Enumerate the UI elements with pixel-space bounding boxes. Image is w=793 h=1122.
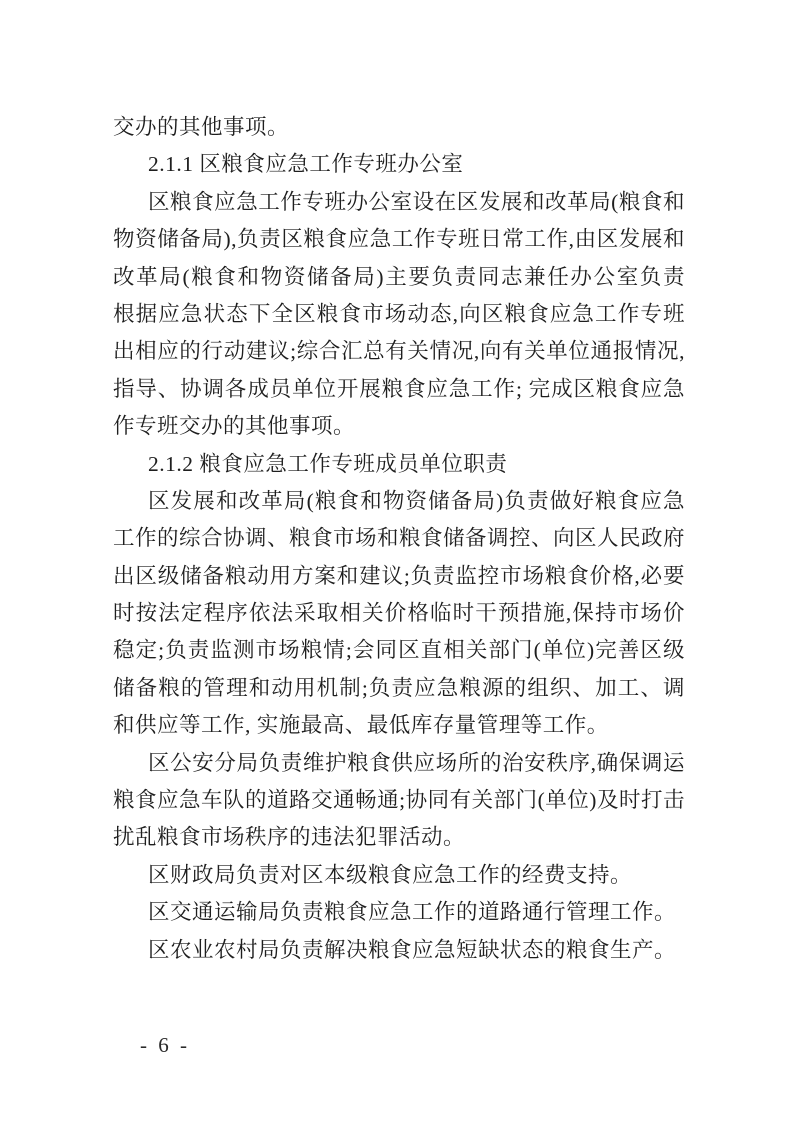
text-line: 和供应等工作, 实施最高、最低库存量管理等工作。 [113, 707, 685, 744]
text-line: 区财政局负责对区本级粮食应急工作的经费支持。 [113, 857, 685, 894]
text-line: 区农业农村局负责解决粮食应急短缺状态的粮食生产。 [113, 932, 685, 969]
text-line: 区发展和改革局(粮食和物资储备局)负责做好粮食应急 [113, 483, 685, 520]
document-body: 交办的其他事项。 2.1.1 区粮食应急工作专班办公室 区粮食应急工作专班办公室… [113, 109, 685, 969]
section-heading-2-1-1: 2.1.1 区粮食应急工作专班办公室 [113, 146, 685, 183]
page-number: - 6 - [140, 1032, 190, 1058]
text-line: 改革局(粮食和物资储备局)主要负责同志兼任办公室负责人。 [113, 259, 685, 296]
text-line: 区交通运输局负责粮食应急工作的道路通行管理工作。 [113, 894, 685, 931]
text-line: 粮食应急车队的道路交通畅通;协同有关部门(单位)及时打击 [113, 782, 685, 819]
text-line: 区公安分局负责维护粮食供应场所的治安秩序,确保调运 [113, 745, 685, 782]
text-line: 交办的其他事项。 [113, 109, 685, 146]
text-line: 根据应急状态下全区粮食市场动态,向区粮食应急工作专班提 [113, 296, 685, 333]
text-line: 储备粮的管理和动用机制;负责应急粮源的组织、加工、调运 [113, 670, 685, 707]
text-line: 物资储备局),负责区粮食应急工作专班日常工作,由区发展和 [113, 221, 685, 258]
text-line: 作专班交办的其他事项。 [113, 408, 685, 445]
section-heading-2-1-2: 2.1.2 粮食应急工作专班成员单位职责 [113, 446, 685, 483]
text-line: 指导、协调各成员单位开展粮食应急工作; 完成区粮食应急工 [113, 371, 685, 408]
text-line: 工作的综合协调、粮食市场和粮食储备调控、向区人民政府提 [113, 520, 685, 557]
text-line: 出相应的行动建议;综合汇总有关情况,向有关单位通报情况, [113, 333, 685, 370]
document-page: 交办的其他事项。 2.1.1 区粮食应急工作专班办公室 区粮食应急工作专班办公室… [0, 0, 793, 1122]
text-line: 稳定;负责监测市场粮情;会同区直相关部门(单位)完善区级 [113, 632, 685, 669]
text-line: 时按法定程序依法采取相关价格临时干预措施,保持市场价格 [113, 595, 685, 632]
text-line: 区粮食应急工作专班办公室设在区发展和改革局(粮食和 [113, 184, 685, 221]
text-line: 扰乱粮食市场秩序的违法犯罪活动。 [113, 819, 685, 856]
text-line: 出区级储备粮动用方案和建议;负责监控市场粮食价格,必要 [113, 558, 685, 595]
